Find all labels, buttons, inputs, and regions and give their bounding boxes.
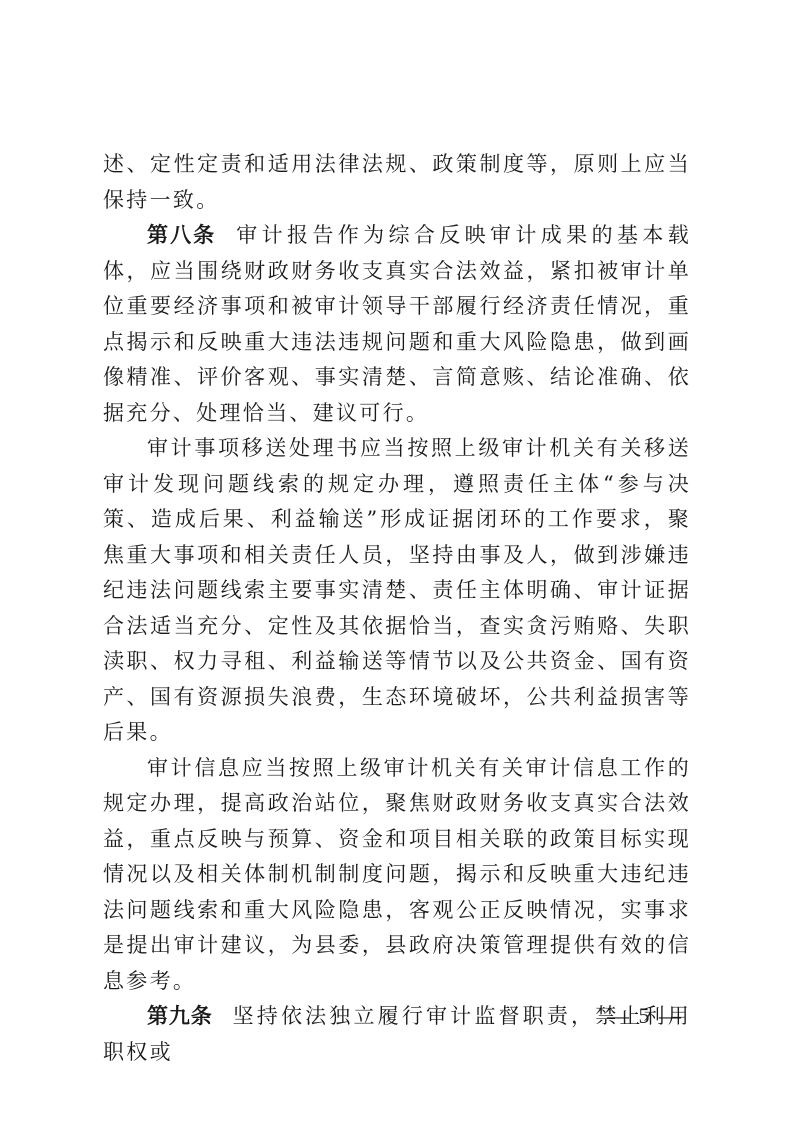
paragraph-text: 审计事项移送处理书应当按照上级审计机关有关移送审计发现问题线索的规定办理，遵照责… <box>103 436 691 744</box>
paragraph-text: 审计信息应当按照上级审计机关有关审计信息工作的规定办理，提高政治站位，聚焦财政财… <box>103 756 691 993</box>
paragraph-text: 述、定性定责和适用法律法规、政策制度等，原则上应当保持一致。 <box>103 152 691 212</box>
paragraph-text: 审计报告作为综合反映审计成果的基本载体，应当围绕财政财务收支真实合法效益，紧扣被… <box>103 223 691 425</box>
audit-information-paragraph: 审计信息应当按照上级审计机关有关审计信息工作的规定办理，提高政治站位，聚焦财政财… <box>103 751 691 1000</box>
article-8-paragraph: 第八条审计报告作为综合反映审计成果的基本载体，应当围绕财政财务收支真实合法效益，… <box>103 218 691 431</box>
document-body: 述、定性定责和适用法律法规、政策制度等，原则上应当保持一致。 第八条审计报告作为… <box>103 147 691 1070</box>
article-heading: 第八条 <box>147 223 216 247</box>
article-heading: 第九条 <box>147 1004 213 1028</box>
page-number: — 5 — <box>600 1003 690 1029</box>
document-page: 述、定性定责和适用法律法规、政策制度等，原则上应当保持一致。 第八条审计报告作为… <box>0 0 793 1122</box>
transfer-document-paragraph: 审计事项移送处理书应当按照上级审计机关有关移送审计发现问题线索的规定办理，遵照责… <box>103 431 691 751</box>
paragraph-continued: 述、定性定责和适用法律法规、政策制度等，原则上应当保持一致。 <box>103 147 691 218</box>
